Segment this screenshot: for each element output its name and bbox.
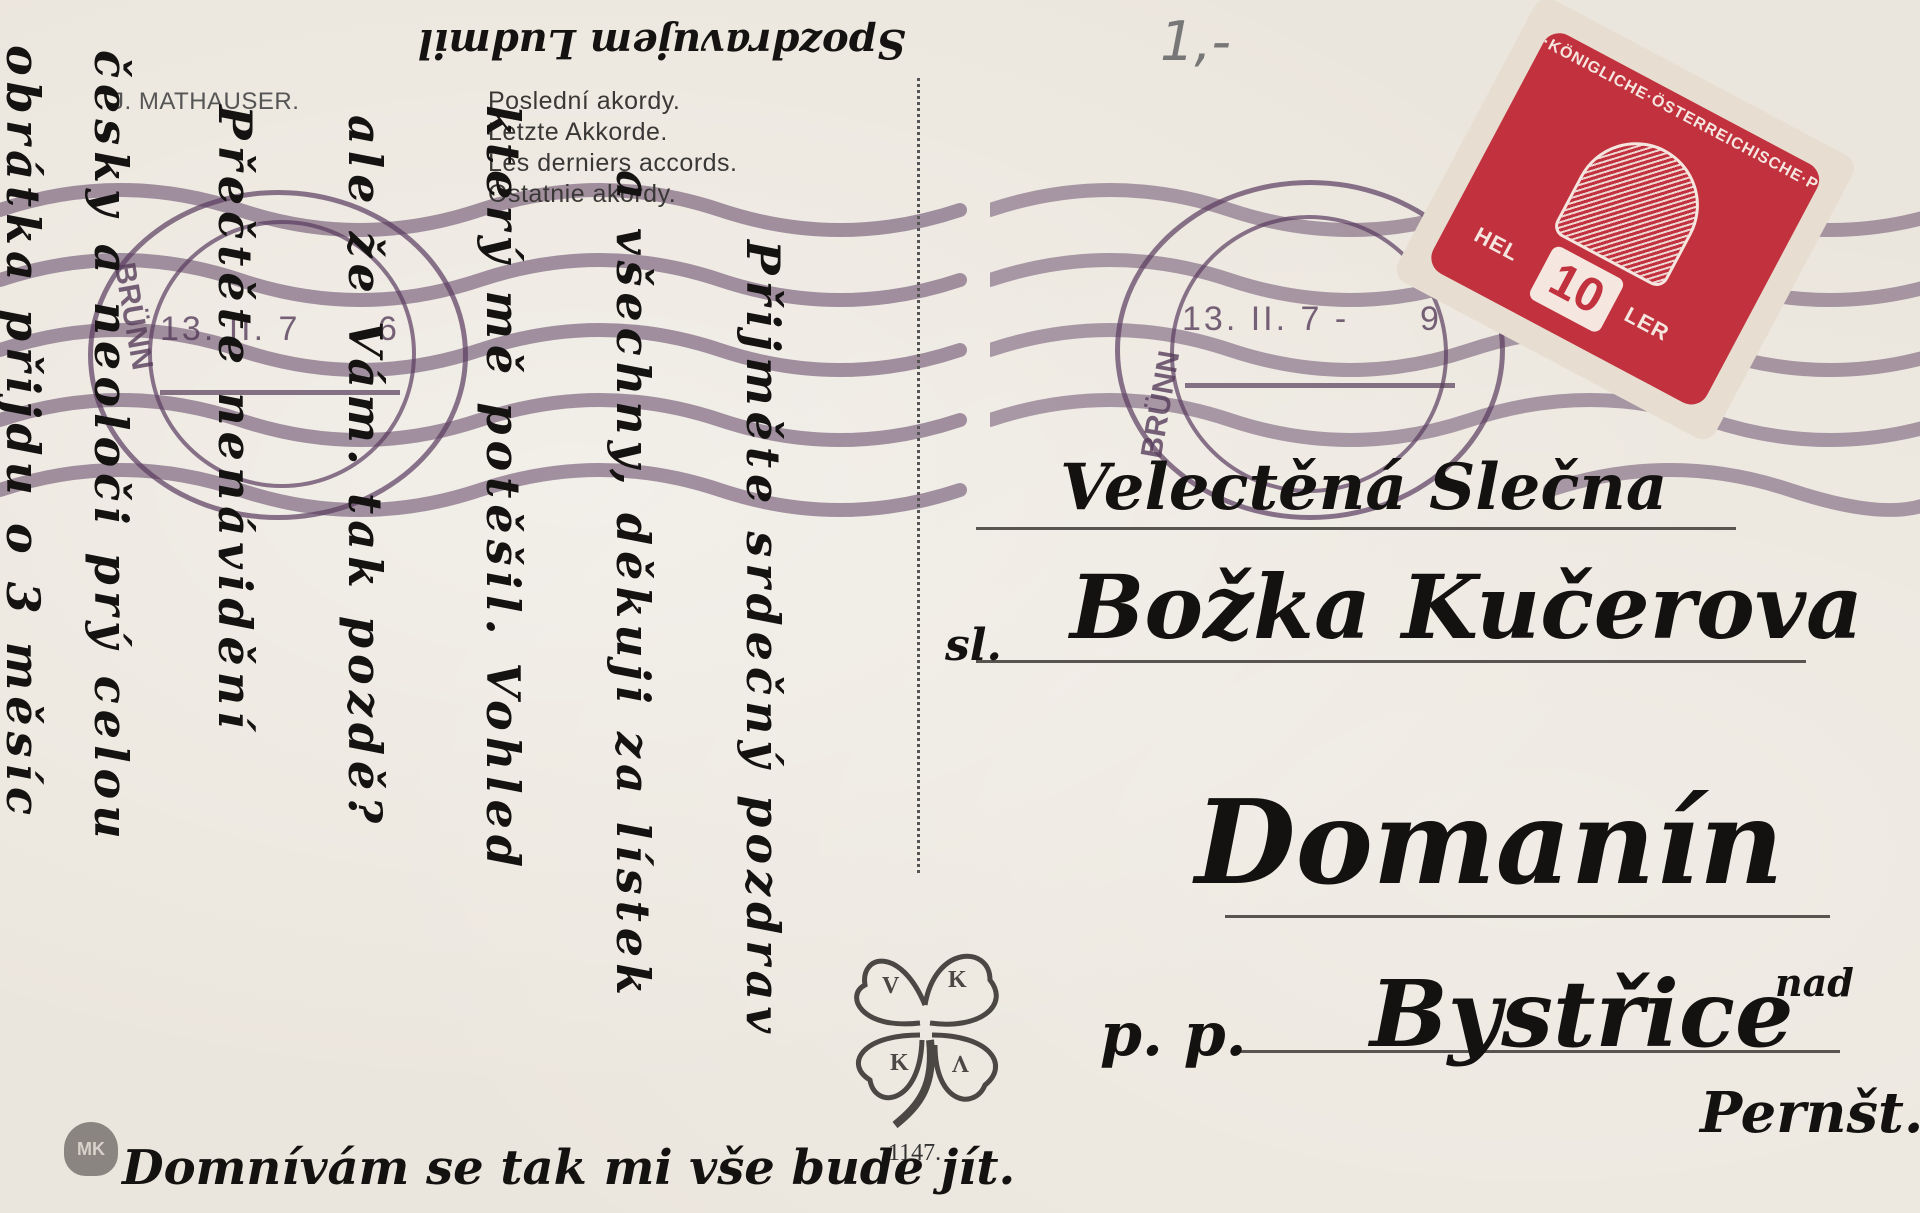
stamp-currency-left: HEL bbox=[1470, 222, 1524, 267]
message-upside-down-line: Spozdravujem Ludmil bbox=[418, 20, 906, 67]
address-suffix-top: nad bbox=[1775, 960, 1854, 1005]
address-rule-3 bbox=[1225, 915, 1830, 918]
address-post-town: Bystřice bbox=[1370, 960, 1793, 1068]
message-column-5: Přečtěte nenávidění bbox=[208, 105, 262, 735]
catalog-number: 1147. bbox=[888, 1140, 941, 1167]
postcard: 13. II. 7 6 BRÜNN 13. II. 7 - 9 BRÜNN KA… bbox=[0, 0, 1920, 1213]
address-salutation: Velectěná Slečna bbox=[1060, 450, 1667, 525]
message-column-7: obrátka přijdu o 3 měsíc bbox=[0, 45, 50, 821]
publisher-label: J. MATHAUSER. bbox=[112, 88, 299, 116]
clover-letter-3: K bbox=[890, 1050, 909, 1076]
message-column-4: ale že Vám. tak pozdě? bbox=[338, 115, 392, 829]
clover-letter-1: V bbox=[882, 973, 900, 999]
postmark-right-date: 13. II. 7 - bbox=[1182, 300, 1349, 339]
stamp-currency-right: LER bbox=[1620, 302, 1674, 347]
clover-letter-4: V bbox=[951, 1050, 969, 1076]
address-rule-1 bbox=[976, 527, 1736, 530]
vertical-divider bbox=[917, 78, 920, 873]
message-column-3: který mě potěšil. Vohled bbox=[476, 105, 530, 873]
address-suffix-bottom: Pernšt. bbox=[1700, 1080, 1920, 1146]
pencil-price-mark: 1,- bbox=[1160, 10, 1231, 73]
address-name-prefix: sl. bbox=[945, 620, 1002, 671]
message-column-6: česky a neoloči prý celou bbox=[84, 50, 138, 845]
publisher-mark-icon: MK bbox=[64, 1122, 118, 1176]
address-post-prefix: p. p. bbox=[1100, 1000, 1247, 1070]
address-rule-2 bbox=[976, 660, 1806, 663]
clover-logo-icon: V K K V bbox=[840, 935, 1010, 1135]
address-recipient-name: Božka Kučerova bbox=[1070, 555, 1863, 659]
message-column-2: a všechny, děkuji za lístek bbox=[606, 170, 660, 1001]
message-bottom-line: Domnívám se tak mi vše bude jít. bbox=[122, 1140, 1015, 1196]
clover-letter-2: K bbox=[948, 967, 967, 993]
message-column-1: Přijměte srdečný pozdrav bbox=[736, 240, 790, 1039]
address-town: Domanín bbox=[1195, 775, 1784, 911]
stamp-face: KAISERLICHE·KÖNIGLICHE·ÖSTERREICHISCHE·P… bbox=[1425, 27, 1825, 411]
